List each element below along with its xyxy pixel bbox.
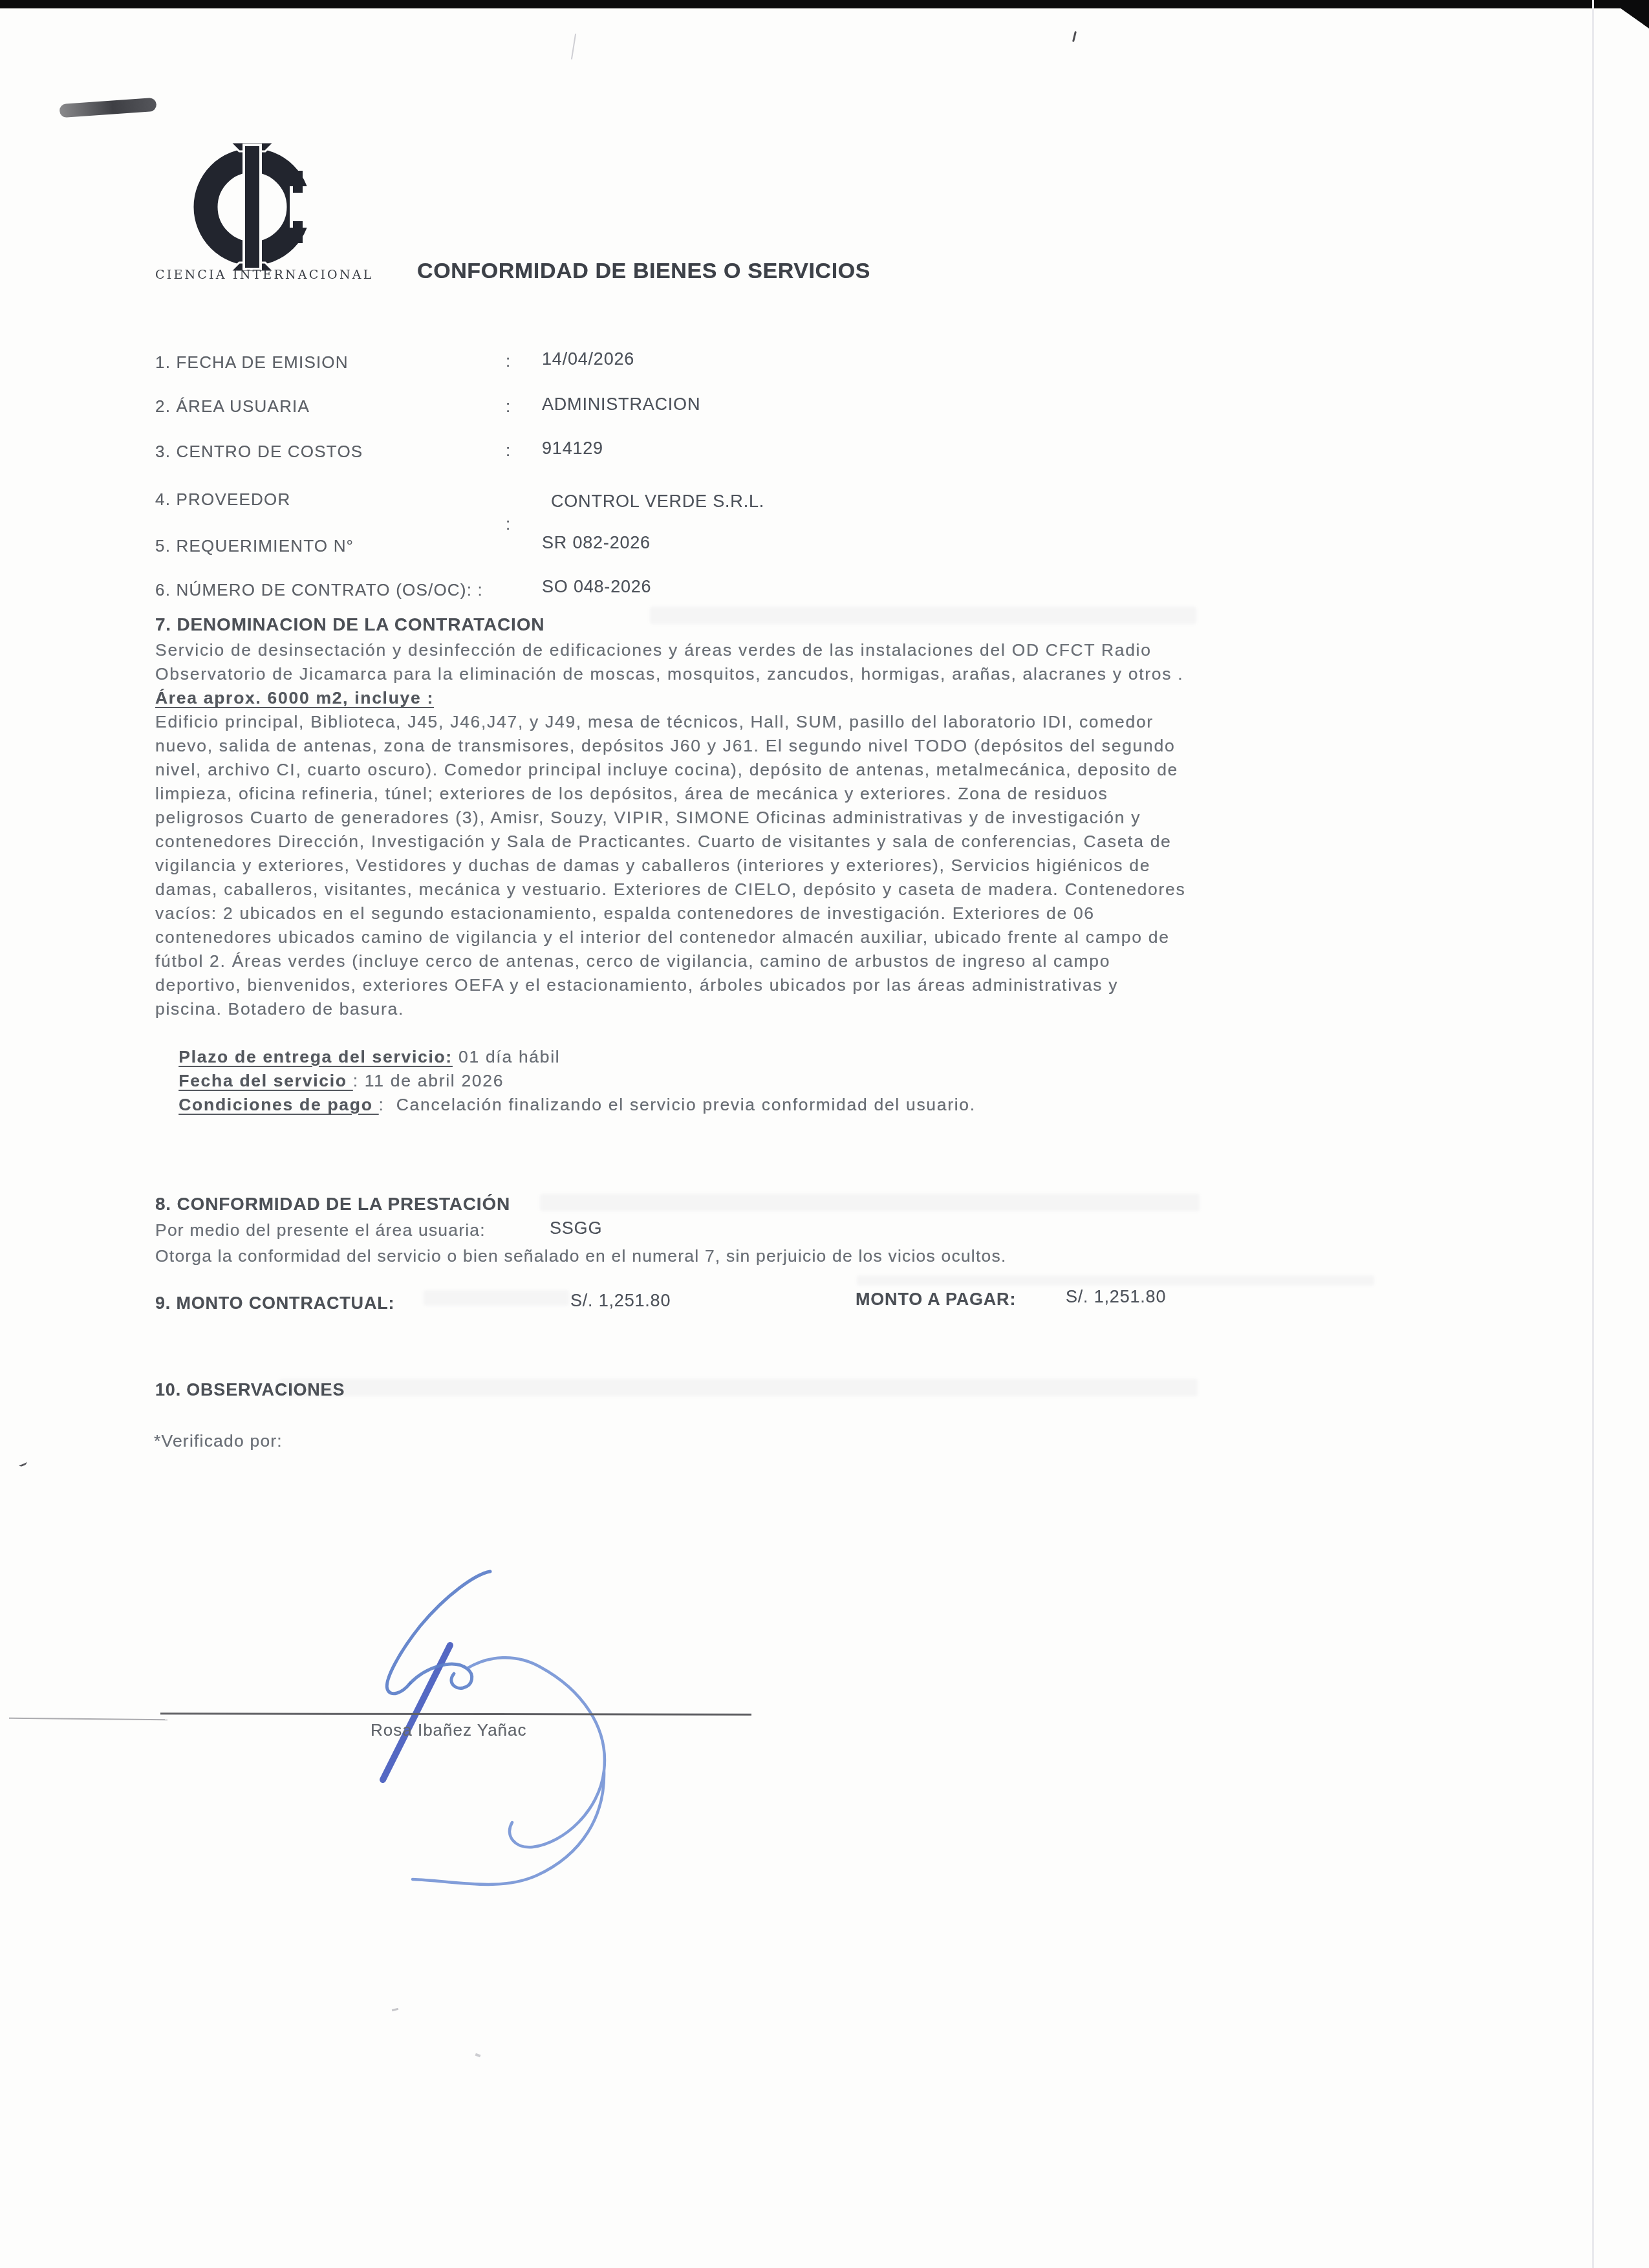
section9-monto-contractual-value: S/. 1,251.80 <box>570 1291 671 1311</box>
section10-heading: 10. OBSERVACIONES <box>155 1380 345 1400</box>
scan-top-right-wedge <box>1618 6 1649 28</box>
scan-streak <box>540 1194 1200 1211</box>
field-label-numero-contrato: 6. NÚMERO DE CONTRATO (OS/OC): : <box>155 580 483 600</box>
verificado-por-label: *Verificado por: <box>154 1429 283 1453</box>
section9-monto-contractual-label: 9. MONTO CONTRACTUAL: <box>155 1293 394 1313</box>
section7-heading: 7. DENOMINACION DE LA CONTRATACION <box>155 614 544 635</box>
field-value-fecha-emision: 14/04/2026 <box>542 349 634 369</box>
scan-top-edge-strip <box>0 0 1649 8</box>
section8-heading: 8. CONFORMIDAD DE LA PRESTACIÓN <box>155 1194 510 1215</box>
field-value-numero-contrato: SO 048-2026 <box>542 577 651 597</box>
stray-chevron-mark <box>17 1458 27 1467</box>
field-value-requerimiento: SR 082-2026 <box>542 533 651 553</box>
stray-speck-1 <box>392 2008 398 2011</box>
scanned-document-page: CIENCIA INTERNACIONAL CONFORMIDAD DE BIE… <box>0 0 1649 2268</box>
section8-area-usuaria-line: Por medio del presente el área usuaria: <box>155 1218 486 1242</box>
field-value-centro-costos: 914129 <box>542 438 603 459</box>
field-label-centro-costos: 3. CENTRO DE COSTOS <box>155 442 363 462</box>
field-label-area-usuaria: 2. ÁREA USUARIA <box>155 396 310 416</box>
ci-monogram-icon <box>155 138 349 275</box>
field-label-fecha-emision: 1. FECHA DE EMISION <box>155 352 349 373</box>
section7-intro: Servicio de desinsectación y desinfecció… <box>155 638 1183 686</box>
signature-name: Rosa Ibañez Yañac <box>371 1720 527 1740</box>
field-label-requerimiento: 5. REQUERIMIENTO N° <box>155 536 354 556</box>
company-logo: CIENCIA INTERNACIONAL <box>155 138 349 294</box>
field-value-area-usuaria: ADMINISTRACION <box>542 394 700 415</box>
condiciones-pago-label: Condiciones de pago <box>178 1095 378 1114</box>
section7-area-heading: Área aprox. 6000 m2, incluye : <box>155 686 434 710</box>
pen-dash-mark <box>59 98 156 118</box>
section8-otorga-line: Otorga la conformidad del servicio o bie… <box>155 1244 1006 1268</box>
field-colon: : <box>506 396 511 416</box>
scan-streak <box>857 1275 1374 1286</box>
stray-speck-2 <box>475 2053 481 2057</box>
document-title: CONFORMIDAD DE BIENES O SERVICIOS <box>417 259 870 284</box>
logo-caption: CIENCIA INTERNACIONAL <box>155 268 349 282</box>
scan-streak <box>424 1290 569 1306</box>
condiciones-pago-value: : Cancelación finalizando el servicio pr… <box>379 1095 976 1114</box>
scan-streak <box>650 607 1196 624</box>
field-label-proveedor: 4. PROVEEDOR <box>155 490 290 510</box>
field-colon: : <box>506 351 511 371</box>
section8-area-usuaria-value: SSGG <box>550 1218 602 1238</box>
field-value-proveedor: CONTROL VERDE S.R.L. <box>551 491 764 512</box>
field-colon: : <box>506 440 511 460</box>
stray-colon: : <box>506 514 511 534</box>
section9-monto-pagar-value: S/. 1,251.80 <box>1066 1287 1166 1307</box>
stray-tick-mark <box>1072 31 1077 42</box>
signature-line-faint-extension <box>9 1718 167 1721</box>
scan-streak <box>279 1379 1198 1396</box>
section7-body: Edificio principal, Biblioteca, J45, J46… <box>155 710 1185 1021</box>
section9-monto-pagar-label: MONTO A PAGAR: <box>856 1290 1016 1310</box>
stray-line-mark <box>571 34 576 59</box>
section7-condiciones-line: Condiciones de pago : Cancelación finali… <box>155 1069 976 1141</box>
page-right-edge-shadow <box>1592 0 1594 2268</box>
